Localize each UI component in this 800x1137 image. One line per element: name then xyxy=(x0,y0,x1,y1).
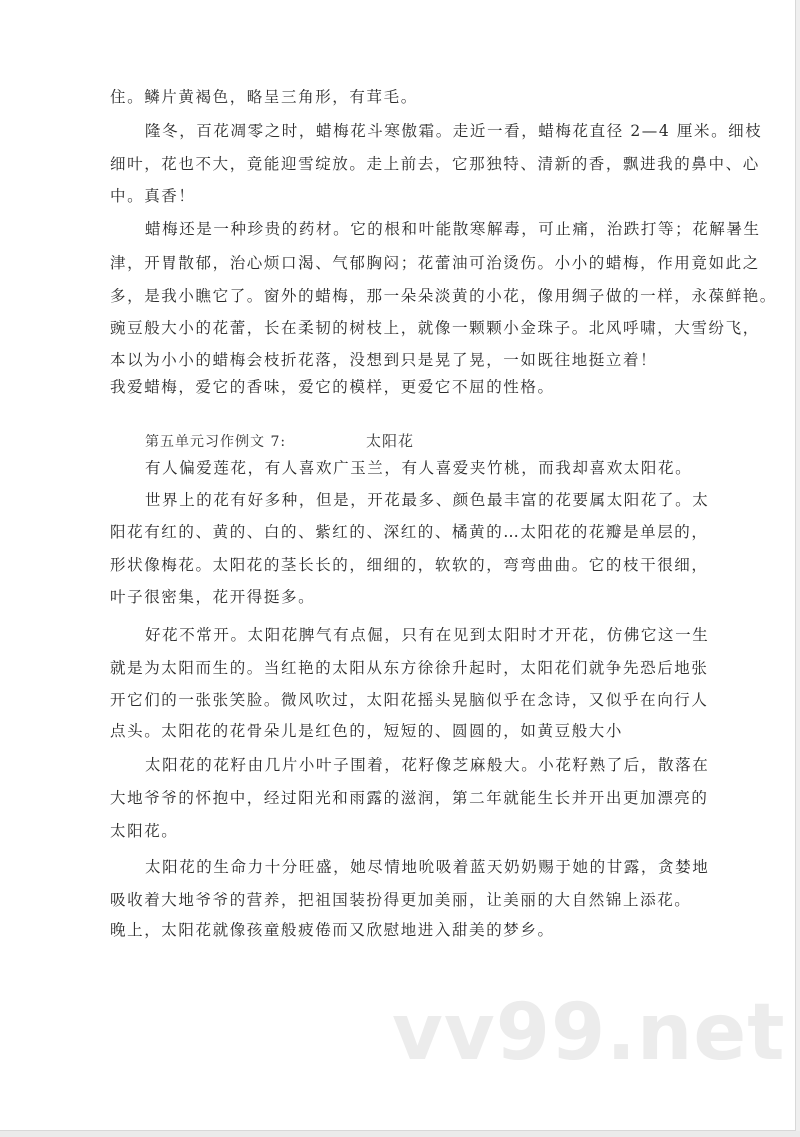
text-line: 蜡梅还是一种珍贵的药材。它的根和叶能散寒解毒，可止痛，治跌打等；花解暑生 xyxy=(145,219,700,239)
text-line: 有人偏爱莲花，有人喜欢广玉兰，有人喜爱夹竹桃，而我却喜欢太阳花。 xyxy=(145,458,700,478)
text-line: 本以为小小的蜡梅会枝折花落，没想到只是晃了晃，一如既往地挺立着！ xyxy=(110,350,700,370)
watermark: vv99.net xyxy=(392,988,786,1078)
page-edge-right xyxy=(796,0,800,1137)
text-line: 点头。太阳花的花骨朵儿是红色的，短短的、圆圆的，如黄豆般大小 xyxy=(110,721,700,741)
text-line: 多，是我小瞧它了。窗外的蜡梅，那一朵朵淡黄的小花，像用绸子做的一样，永葆鲜艳。 xyxy=(110,286,700,306)
text-line: 豌豆般大小的花蕾，长在柔韧的树枝上，就像一颗颗小金珠子。北风呼啸，大雪纷飞， xyxy=(110,318,700,338)
text-line: 好花不常开。太阳花脾气有点倔，只有在见到太阳时才开花，仿佛它这一生 xyxy=(145,625,700,645)
text-line: 隆冬，百花凋零之时，蜡梅花斗寒傲霜。走近一看，蜡梅花直径 2—4 厘米。细枝 xyxy=(145,121,700,141)
text-line: 晚上，太阳花就像孩童般疲倦而又欣慰地进入甜美的梦乡。 xyxy=(110,920,700,940)
text-line: 我爱蜡梅，爱它的香味，爱它的模样，更爱它不屈的性格。 xyxy=(110,377,700,397)
text-line: 太阳花的生命力十分旺盛，她尽情地吮吸着蓝天奶奶赐于她的甘露，贪婪地 xyxy=(145,857,700,877)
text-line: 太阳花的花籽由几片小叶子围着，花籽像芝麻般大。小花籽熟了后，散落在 xyxy=(145,755,700,775)
text-line: 太阳花。 xyxy=(110,821,700,841)
page-separator xyxy=(0,1131,800,1137)
text-line: 世界上的花有好多种，但是，开花最多、颜色最丰富的花要属太阳花了。太 xyxy=(145,490,700,510)
text-line: 住。鳞片黄褐色，略呈三角形，有茸毛。 xyxy=(110,87,700,107)
text-line: 就是为太阳而生的。当红艳的太阳从东方徐徐升起时，太阳花们就争先恐后地张 xyxy=(110,658,700,678)
text-line: 中。真香！ xyxy=(110,186,700,206)
text-line: 叶子很密集，花开得挺多。 xyxy=(110,587,700,607)
text-line: 吸收着大地爷爷的营养，把祖国装扮得更加美丽，让美丽的大自然锦上添花。 xyxy=(110,890,700,910)
text-line: 大地爷爷的怀抱中，经过阳光和雨露的滋润，第二年就能生长并开出更加漂亮的 xyxy=(110,788,700,808)
text-line: 阳花有红的、黄的、白的、紫红的、深红的、橘黄的…太阳花的花瓣是单层的， xyxy=(110,522,700,542)
text-line: 形状像梅花。太阳花的茎长长的，细细的，软软的，弯弯曲曲。它的枝干很细， xyxy=(110,555,700,575)
text-line: 开它们的一张张笑脸。微风吹过，太阳花摇头晃脑似乎在念诗，又似乎在向行人 xyxy=(110,690,700,710)
text-line: 津，开胃散郁，治心烦口渴、气郁胸闷；花蕾油可治烫伤。小小的蜡梅，作用竟如此之 xyxy=(110,253,700,273)
document-page: 住。鳞片黄褐色，略呈三角形，有茸毛。 隆冬，百花凋零之时，蜡梅花斗寒傲霜。走近一… xyxy=(0,0,796,1131)
essay-label: 第五单元习作例文 7: xyxy=(145,431,286,451)
essay-title: 太阳花 xyxy=(366,430,414,451)
text-line: 细叶，花也不大，竟能迎雪绽放。走上前去，它那独特、清新的香，飘进我的鼻中、心 xyxy=(110,154,700,174)
